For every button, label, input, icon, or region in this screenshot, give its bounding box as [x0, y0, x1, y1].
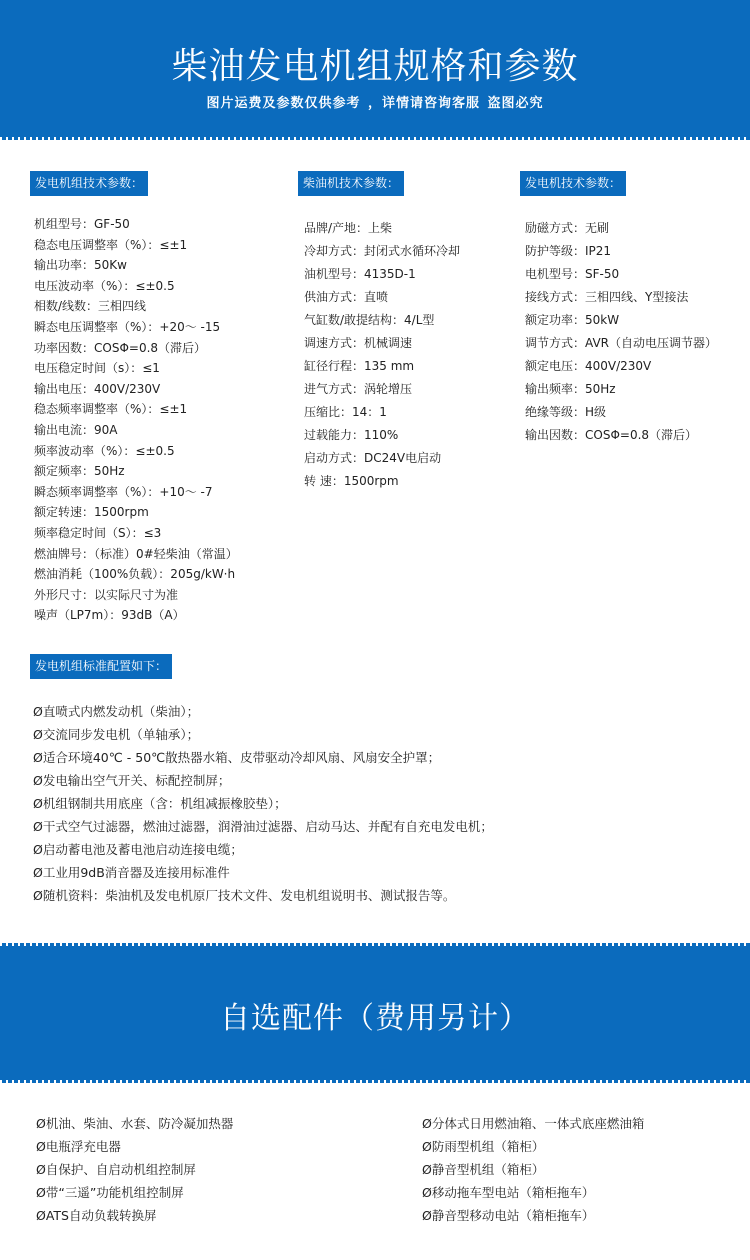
optional-accessory-item: Ø机油、柴油、水套、防冷凝加热器: [36, 1112, 233, 1135]
alternator-params-list: 励磁方式：无刷 防护等级：IP21电机型号：SF-50接线方式：三相四线、Y型接…: [525, 217, 717, 447]
optional-accessory-item: Ø带“三遥”功能机组控制屏: [36, 1181, 233, 1204]
genset-param-item: 机组型号：GF-50: [34, 214, 238, 235]
optional-accessories-left-list: Ø机油、柴油、水套、防冷凝加热器Ø电瓶浮充电器Ø自保护、自启动机组控制屏Ø带“三…: [36, 1112, 233, 1227]
genset-param-item: 输出电压：400V/230V: [34, 379, 238, 400]
genset-param-item: 输出电流：90A: [34, 420, 238, 441]
standard-config-item: Ø干式空气过滤器，燃油过滤器，润滑油过滤器、启动马达、并配有自充电发电机；: [33, 815, 493, 838]
genset-param-item: 燃油牌号：（标准）0#轻柴油（常温）: [34, 544, 238, 565]
optional-accessory-item: Ø移动拖车型电站（箱柜拖车）: [422, 1181, 644, 1204]
genset-param-item: 稳态频率调整率（%）：≤±1: [34, 399, 238, 420]
optional-accessory-item: Ø自保护、自启动机组控制屏: [36, 1158, 233, 1181]
genset-param-item: 噪声（LP7m）：93dB（A）: [34, 605, 238, 626]
header-banner: 柴油发电机组规格和参数 图片运费及参数仅供参考 ，详情请咨询客服 盗图必究: [0, 0, 750, 140]
engine-param-item: 冷却方式：封闭式水循环冷却: [304, 240, 460, 263]
alternator-param-item: 绝缘等级：H级: [525, 401, 717, 424]
optional-accessories-right-list: Ø分体式日用燃油箱、一体式底座燃油箱 Ø防雨型机组（箱柜）Ø静音型机组（箱柜）Ø…: [422, 1112, 644, 1227]
standard-config-list: Ø直喷式内燃发动机（柴油）；Ø交流同步发电机（单轴承）；Ø适合环境40℃ - 5…: [33, 700, 493, 907]
alternator-param-item: 接线方式：三相四线、Y型接法: [525, 286, 717, 309]
engine-params-heading: 柴油机技术参数：: [298, 171, 404, 196]
optional-accessory-item: Ø静音型移动电站（箱柜拖车）: [422, 1204, 644, 1227]
genset-param-item: 相数/线数：三相四线: [34, 296, 238, 317]
page-title: 柴油发电机组规格和参数: [0, 38, 750, 89]
genset-param-item: 输出功率：50Kw: [34, 255, 238, 276]
optional-accessory-item: Ø防雨型机组（箱柜）: [422, 1135, 644, 1158]
genset-params-list: 机组型号：GF-50稳态电压调整率（%）：≤±1输出功率：50Kw电压波动率（%…: [34, 214, 238, 626]
alternator-param-item: 励磁方式：无刷: [525, 217, 717, 240]
standard-config-item: Ø发电输出空气开关、标配控制屏；: [33, 769, 493, 792]
engine-param-item: 启动方式：DC24V电启动: [304, 447, 460, 470]
engine-param-item: 气缸数/敢提结构：4/L型: [304, 309, 460, 332]
standard-config-item: Ø适合环境40℃ - 50℃散热器水箱、皮带驱动冷却风扇、风扇安全护罩；: [33, 746, 493, 769]
genset-param-item: 燃油消耗（100%负载）：205g/kW·h: [34, 564, 238, 585]
genset-params-heading: 发电机组技术参数：: [30, 171, 148, 196]
alternator-param-item: 额定功率：50kW: [525, 309, 717, 332]
alternator-param-item: 输出因数：COSΦ=0.8（滞后）: [525, 424, 717, 447]
genset-param-item: 功率因数：COSΦ=0.8（滞后）: [34, 338, 238, 359]
standard-config-item: Ø交流同步发电机（单轴承）；: [33, 723, 493, 746]
standard-config-heading: 发电机组标准配置如下：: [30, 654, 172, 679]
genset-param-item: 外形尺寸：以实际尺寸为准: [34, 585, 238, 606]
optional-accessory-item: ØATS自动负载转换屏: [36, 1204, 233, 1227]
alternator-param-item: 防护等级：IP21: [525, 240, 717, 263]
optional-accessories-title: 自选配件（费用另计）: [0, 993, 750, 1037]
standard-config-item: Ø启动蓄电池及蓄电池启动连接电缆；: [33, 838, 493, 861]
standard-config-item: Ø工业用9dB消音器及连接用标准件: [33, 861, 493, 884]
genset-param-item: 电压稳定时间（s）：≤1: [34, 358, 238, 379]
alternator-param-item: 电机型号：SF-50: [525, 263, 717, 286]
standard-config-item: Ø机组钢制共用底座（含：机组减振橡胶垫）；: [33, 792, 493, 815]
engine-param-item: 缸径行程：135 mm: [304, 355, 460, 378]
engine-param-item: 油机型号：4135D-1: [304, 263, 460, 286]
page-subtitle: 图片运费及参数仅供参考 ，详情请咨询客服 盗图必究: [0, 92, 750, 111]
alternator-params-heading: 发电机技术参数：: [520, 171, 626, 196]
standard-config-item: Ø直喷式内燃发动机（柴油）；: [33, 700, 493, 723]
optional-accessory-item: Ø分体式日用燃油箱、一体式底座燃油箱: [422, 1112, 644, 1135]
genset-param-item: 瞬态频率调整率（%）：+10～ -7: [34, 482, 238, 503]
alternator-param-item: 额定电压：400V/230V: [525, 355, 717, 378]
engine-param-item: 转 速：1500rpm: [304, 470, 460, 493]
genset-param-item: 额定转速：1500rpm: [34, 502, 238, 523]
engine-param-item: 供油方式：直喷: [304, 286, 460, 309]
alternator-param-item: 调节方式：AVR（自动电压调节器）: [525, 332, 717, 355]
engine-param-item: 品牌/产地：上柴: [304, 217, 460, 240]
genset-param-item: 电压波动率（%）：≤±0.5: [34, 276, 238, 297]
optional-accessory-item: Ø电瓶浮充电器: [36, 1135, 233, 1158]
genset-param-item: 频率波动率（%）：≤±0.5: [34, 441, 238, 462]
engine-params-list: 品牌/产地：上柴冷却方式：封闭式水循环冷却油机型号：4135D-1供油方式：直喷…: [304, 217, 460, 493]
optional-accessory-item: Ø静音型机组（箱柜）: [422, 1158, 644, 1181]
engine-param-item: 进气方式：涡轮增压: [304, 378, 460, 401]
genset-param-item: 瞬态电压调整率（%）：+20～ -15: [34, 317, 238, 338]
engine-param-item: 调速方式：机械调速: [304, 332, 460, 355]
optional-accessories-banner: 自选配件（费用另计）: [0, 943, 750, 1083]
engine-param-item: 压缩比：14：1: [304, 401, 460, 424]
alternator-param-item: 输出频率：50Hz: [525, 378, 717, 401]
genset-param-item: 稳态电压调整率（%）：≤±1: [34, 235, 238, 256]
genset-param-item: 额定频率：50Hz: [34, 461, 238, 482]
engine-param-item: 过载能力：110%: [304, 424, 460, 447]
genset-param-item: 频率稳定时间（S）：≤3: [34, 523, 238, 544]
standard-config-item: Ø随机资料：柴油机及发电机原厂技术文件、发电机组说明书、测试报告等。: [33, 884, 493, 907]
